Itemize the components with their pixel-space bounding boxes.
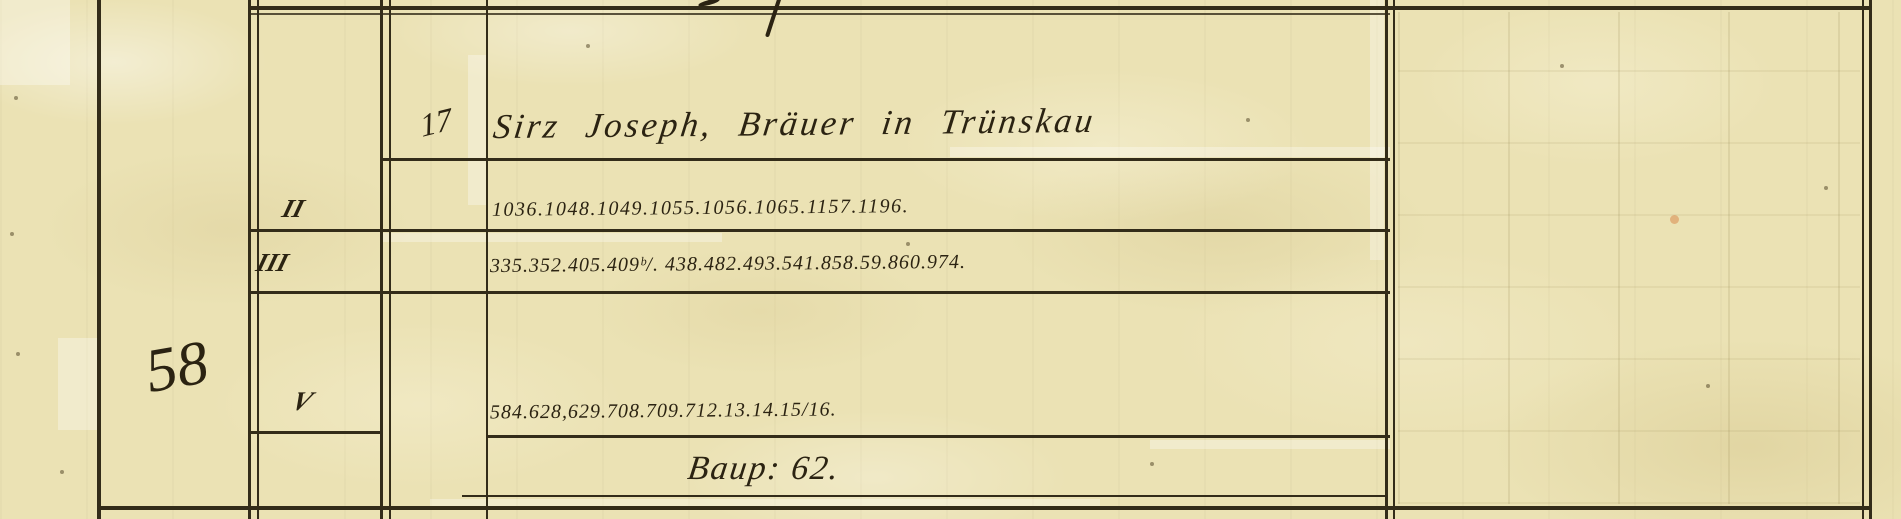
table-hline-footer-underline	[462, 495, 1388, 497]
entry-number: 17	[418, 100, 454, 145]
glare-patch	[1150, 440, 1390, 449]
ink-speck	[60, 470, 64, 474]
ledger-page-scan: 17 Sirz Joseph, Bräuer in Trünskau 58 II…	[0, 0, 1901, 519]
table-hline-numeral-separator	[249, 431, 382, 434]
table-vline-colC-D-outer	[1385, 0, 1388, 519]
ink-speck	[1706, 384, 1710, 388]
glare-patch	[468, 55, 486, 205]
ink-speck	[1246, 118, 1250, 122]
bleedthrough-grid	[1398, 12, 1860, 504]
ink-speck	[1150, 462, 1154, 466]
table-hline-row2-underline	[249, 291, 1390, 294]
footer-note: Baup: 62.	[685, 450, 842, 488]
ink-speck	[906, 242, 910, 246]
glare-patch	[950, 147, 1390, 157]
table-vline-colB-C-outer	[380, 0, 383, 519]
ink-speck	[10, 232, 14, 236]
record-number: 58	[140, 327, 213, 408]
ink-speck	[14, 96, 18, 100]
table-vline-colC-D-inner	[1393, 0, 1395, 519]
table-hline-name-underline	[382, 158, 1390, 161]
table-hline-bottom-border	[97, 506, 1871, 510]
glare-patch	[58, 338, 97, 430]
orange-stain	[1670, 215, 1679, 224]
table-vline-right-edge	[1869, 0, 1872, 519]
ink-speck	[1824, 186, 1828, 190]
table-hline-row1-underline	[249, 229, 1390, 232]
table-vline-colB-C-inner	[389, 0, 391, 519]
ink-speck	[16, 352, 20, 356]
glare-patch	[1370, 0, 1384, 260]
table-hline-top-border	[249, 6, 1872, 10]
glare-patch	[0, 0, 70, 85]
table-vline-right-inner	[1862, 0, 1864, 519]
ink-speck	[1560, 64, 1564, 68]
table-vline-colA-B-outer	[248, 0, 251, 519]
name-line: Sirz Joseph, Bräuer in Trünskau	[491, 101, 1098, 147]
ink-speck	[586, 44, 590, 48]
numbers-row-3: 584.628,629.708.709.712.13.14.15/16.	[490, 398, 837, 424]
table-hline-row3-underline	[486, 435, 1390, 438]
table-vline-subcolumn	[486, 0, 488, 519]
numbers-row-1: 1036.1048.1049.1055.1056.1065.1157.1196.	[492, 195, 909, 222]
numbers-row-2: 335.352.405.409ᵇ/. 438.482.493.541.858.5…	[490, 251, 966, 278]
glare-patch	[382, 233, 722, 242]
table-vline-left-edge	[97, 0, 101, 519]
table-hline-top-border-double	[249, 13, 1390, 15]
